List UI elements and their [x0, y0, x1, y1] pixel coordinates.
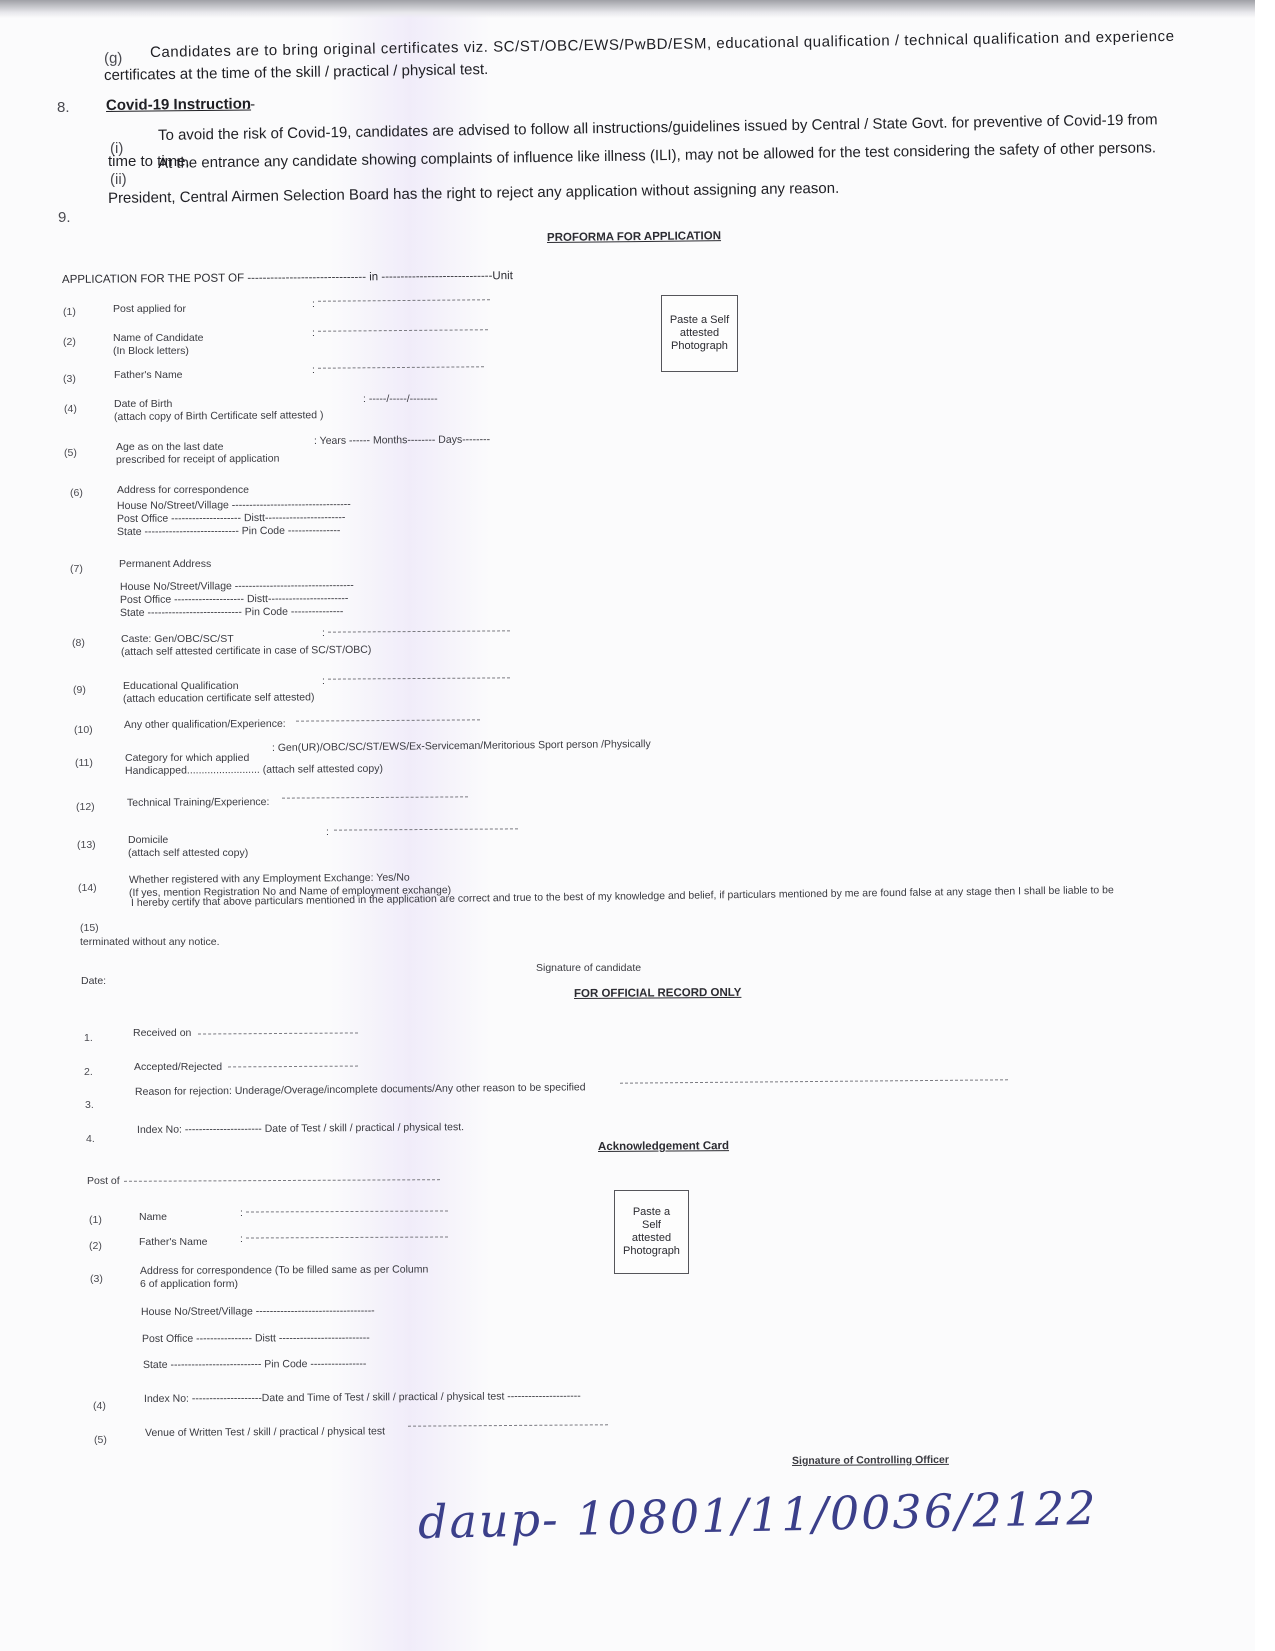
- official-item-4-number: 4.: [86, 1133, 95, 1145]
- covid-item-i-text: To avoid the risk of Covid-19, candidate…: [158, 111, 1158, 144]
- field-2-label: Name of Candidate: [113, 332, 203, 344]
- field-1-colon: :: [312, 298, 315, 310]
- ack-venue-line[interactable]: [408, 1424, 608, 1426]
- ack-field-1-colon: :: [240, 1207, 243, 1219]
- field-11-label: Category for which applied: [125, 752, 249, 764]
- ack-field-1-number: (1): [89, 1214, 102, 1226]
- item-g-line1: Candidates are to bring original certifi…: [150, 28, 1175, 61]
- field-12-number: (12): [76, 801, 95, 813]
- field-15-number: (15): [80, 922, 99, 934]
- field-5-sub: prescribed for receipt of application: [116, 453, 280, 466]
- ack-field-5-label: Venue of Written Test / skill / practica…: [145, 1425, 385, 1439]
- field-7-address-house[interactable]: House No/Street/Village ----------------…: [120, 579, 354, 593]
- official-item-3-number: 3.: [85, 1099, 94, 1111]
- field-13-number: (13): [77, 839, 96, 851]
- field-10-number: (10): [74, 724, 93, 736]
- field-2-number: (2): [63, 336, 76, 348]
- ack-field-3-number: (3): [90, 1273, 103, 1285]
- field-7-address-post-office[interactable]: Post Office -------------------- Distt--…: [120, 592, 348, 606]
- field-6-label: Address for correspondence: [117, 484, 249, 496]
- field-7-label: Permanent Address: [119, 558, 211, 570]
- field-2-sub: (In Block letters): [113, 345, 189, 357]
- field-5-value[interactable]: : Years ------ Months-------- Days------…: [314, 433, 490, 447]
- field-8-label: Caste: Gen/OBC/SC/ST: [121, 633, 234, 645]
- field-9-label: Educational Qualification: [123, 680, 239, 692]
- field-10-label: Any other qualification/Experience:: [124, 718, 286, 731]
- official-item-1-number: 1.: [84, 1032, 93, 1044]
- ack-address-house[interactable]: House No/Street/Village ----------------…: [141, 1305, 375, 1318]
- field-1-number: (1): [63, 306, 76, 318]
- field-12-label: Technical Training/Experience:: [127, 796, 270, 809]
- ack-field-3-sub: 6 of application form): [140, 1278, 238, 1290]
- ack-address-state[interactable]: State -------------------------- Pin Cod…: [143, 1358, 366, 1371]
- controlling-officer-signature-label: Signature of Controlling Officer: [792, 1454, 949, 1467]
- field-4-sub: (attach copy of Birth Certificate self a…: [114, 409, 324, 423]
- official-item-3-label: Reason for rejection: Underage/Overage/i…: [135, 1081, 586, 1098]
- ack-field-4-number: (4): [93, 1400, 106, 1412]
- field-6-number: (6): [70, 487, 83, 499]
- field-5-number: (5): [64, 447, 77, 459]
- section8-title: Covid-19 Instruction: [106, 95, 251, 114]
- field-3-label: Father's Name: [114, 369, 183, 381]
- field-8-sub: (attach self attested certificate in cas…: [121, 644, 371, 658]
- scan-top-edge: [0, 0, 1255, 18]
- ack-field-4-label: Index No: --------------------Date and T…: [144, 1390, 581, 1405]
- field-11-options[interactable]: : Gen(UR)/OBC/SC/ST/EWS/Ex-Serviceman/Me…: [272, 738, 651, 754]
- ack-field-2-colon: :: [240, 1233, 243, 1245]
- proforma-title: PROFORMA FOR APPLICATION: [547, 230, 721, 244]
- official-item-2-number: 2.: [84, 1066, 93, 1078]
- field-8-colon: :: [322, 627, 325, 639]
- official-rejection-reason-line[interactable]: [620, 1079, 1008, 1083]
- field-3-colon: :: [312, 364, 315, 376]
- ack-photo-placeholder-box: Paste a Self attested Photograph: [614, 1190, 689, 1274]
- field-3-number: (3): [63, 373, 76, 385]
- ack-field-3-label: Address for correspondence (To be filled…: [140, 1263, 428, 1277]
- field-11-sub: Handicapped......................... (at…: [125, 763, 383, 777]
- ack-field-5-number: (5): [94, 1434, 107, 1446]
- official-item-1-label: Received on: [133, 1027, 191, 1039]
- field-13-label: Domicile: [128, 834, 168, 846]
- field-4-value[interactable]: : -----/-----/--------: [363, 393, 438, 405]
- section8-number: 8.: [57, 99, 70, 116]
- section8-title-suffix: :-: [246, 96, 255, 113]
- field-13-sub: (attach self attested copy): [128, 847, 248, 859]
- field-7-number: (7): [70, 563, 83, 575]
- field-7-address-state[interactable]: State --------------------------- Pin Co…: [120, 605, 343, 619]
- field-4-label: Date of Birth: [114, 398, 172, 410]
- field-6-address-state[interactable]: State --------------------------- Pin Co…: [117, 524, 340, 538]
- field-11-number: (11): [75, 757, 93, 769]
- field-6-address-house[interactable]: House No/Street/Village ----------------…: [117, 498, 351, 512]
- field-1-label: Post applied for: [113, 303, 186, 315]
- field-4-number: (4): [64, 403, 77, 415]
- acknowledgement-title: Acknowledgement Card: [598, 1140, 729, 1153]
- field-13-colon: :: [326, 826, 329, 838]
- handwritten-reference-number: daup- 10801/11/0036/2122: [418, 1481, 1099, 1549]
- official-item-2-label: Accepted/Rejected: [134, 1061, 222, 1073]
- field-5-label: Age as on the last date: [116, 441, 223, 453]
- section9-number: 9.: [58, 209, 71, 226]
- field-9-number: (9): [73, 684, 86, 696]
- ack-field-2-number: (2): [89, 1240, 102, 1252]
- photo-placeholder-box: Paste a Self attested Photograph: [661, 295, 738, 372]
- field-6-address-post-office[interactable]: Post Office -------------------- Distt--…: [117, 511, 345, 525]
- field-9-colon: :: [322, 675, 325, 687]
- field-14-label: Whether registered with any Employment E…: [129, 872, 410, 886]
- field-15-continuation: terminated without any notice.: [80, 936, 220, 948]
- ack-post-of-label: Post of: [87, 1175, 120, 1187]
- field-9-sub: (attach education certificate self attes…: [123, 691, 315, 705]
- field-2-colon: :: [312, 327, 315, 339]
- date-label: Date:: [81, 975, 106, 987]
- ack-address-post-office[interactable]: Post Office ---------------- Distt -----…: [142, 1332, 370, 1345]
- field-8-number: (8): [72, 637, 85, 649]
- ack-field-1-label: Name: [139, 1211, 167, 1223]
- field-14-number: (14): [78, 882, 97, 894]
- ack-field-2-label: Father's Name: [139, 1236, 208, 1248]
- covid-item-ii-marker: (ii): [110, 171, 127, 188]
- candidate-signature-label: Signature of candidate: [536, 962, 641, 974]
- item-g-marker: (g): [104, 50, 123, 67]
- scan-right-margin: [1255, 0, 1275, 1651]
- covid-item-ii-text: At the entrance any candidate showing co…: [158, 139, 1156, 172]
- official-record-title: FOR OFFICIAL RECORD ONLY: [574, 987, 741, 1000]
